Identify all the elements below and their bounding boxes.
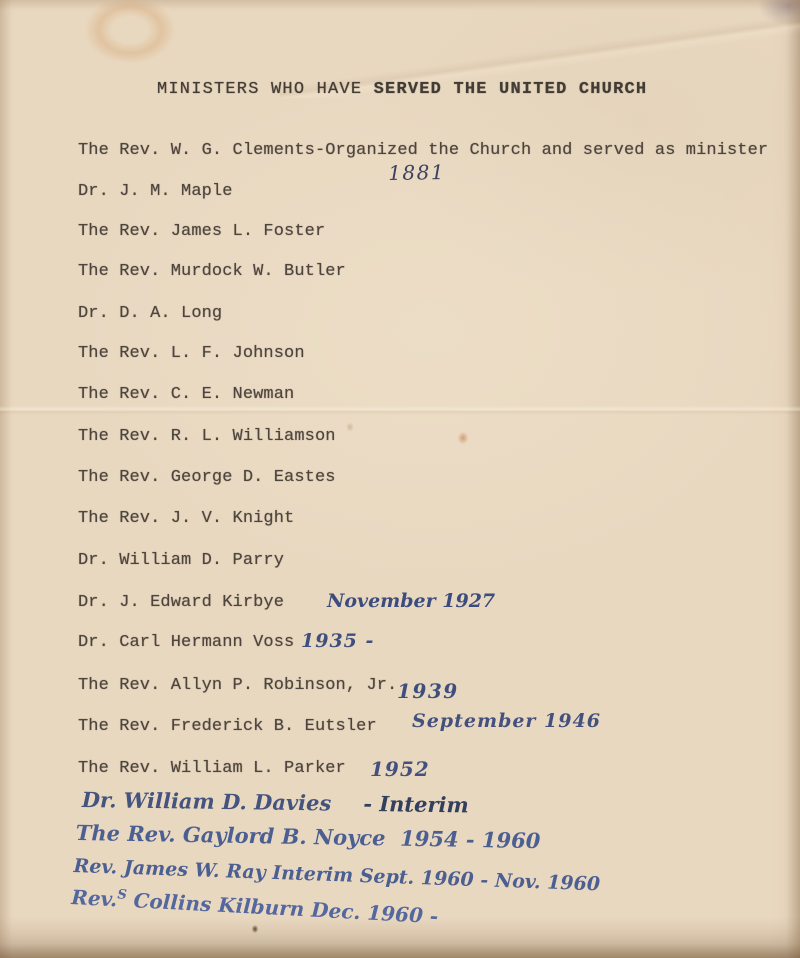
- davies-interim-note: - Interim: [363, 791, 469, 817]
- handwritten-entry-kilburn: Rev.S Collins Kilburn Dec. 1960 -: [71, 885, 439, 928]
- handwritten-voss-year: 1935 -: [301, 630, 374, 652]
- page-title-bold: SERVED THE UNITED CHURCH: [374, 80, 648, 99]
- page-title: MINISTERS WHO HAVE SERVED THE UNITED CHU…: [157, 80, 647, 99]
- entry-clements: The Rev. W. G. Clements-Organized the Ch…: [78, 141, 768, 160]
- entry-newman: The Rev. C. E. Newman: [78, 385, 294, 404]
- entry-butler: The Rev. Murdock W. Butler: [78, 262, 346, 281]
- handwritten-kirbye-date: November 1927: [327, 590, 495, 612]
- entry-eastes: The Rev. George D. Eastes: [78, 468, 336, 487]
- entry-knight: The Rev. J. V. Knight: [78, 509, 294, 528]
- scanned-document: MINISTERS WHO HAVE SERVED THE UNITED CHU…: [0, 0, 800, 958]
- handwritten-parker-year: 1952: [370, 757, 430, 781]
- entry-williamson: The Rev. R. L. Williamson: [78, 427, 336, 446]
- entry-parry: Dr. William D. Parry: [78, 551, 284, 570]
- entry-maple: Dr. J. M. Maple: [78, 182, 233, 201]
- entry-long: Dr. D. A. Long: [78, 304, 222, 323]
- entry-voss: Dr. Carl Hermann Voss: [78, 633, 294, 652]
- paper-crease-middle: [0, 404, 800, 416]
- handwritten-eutsler-date: September 1946: [412, 710, 601, 732]
- entry-eutsler: The Rev. Frederick B. Eutsler: [78, 717, 377, 736]
- entry-kirbye: Dr. J. Edward Kirbye: [78, 593, 284, 612]
- kilburn-superscript-s: S: [117, 887, 127, 902]
- entry-parker: The Rev. William L. Parker: [78, 759, 346, 778]
- entry-robinson: The Rev. Allyn P. Robinson, Jr.: [78, 676, 397, 695]
- entry-johnson: The Rev. L. F. Johnson: [78, 344, 305, 363]
- handwritten-entry-noyce: The Rev. Gaylord B. Noyce 1954 - 1960: [76, 820, 541, 853]
- handwritten-clements-year: 1881: [388, 160, 445, 185]
- page-title-normal: MINISTERS WHO HAVE: [157, 80, 374, 99]
- entry-foster: The Rev. James L. Foster: [78, 222, 325, 241]
- kilburn-prefix: Rev.: [71, 885, 118, 911]
- handwritten-robinson-year: 1939: [397, 679, 459, 703]
- davies-name: Dr. William D. Davies: [82, 787, 332, 815]
- kilburn-rest: Collins Kilburn Dec. 1960 -: [126, 888, 439, 928]
- handwritten-entry-davies: Dr. William D. Davies- Interim: [82, 787, 469, 817]
